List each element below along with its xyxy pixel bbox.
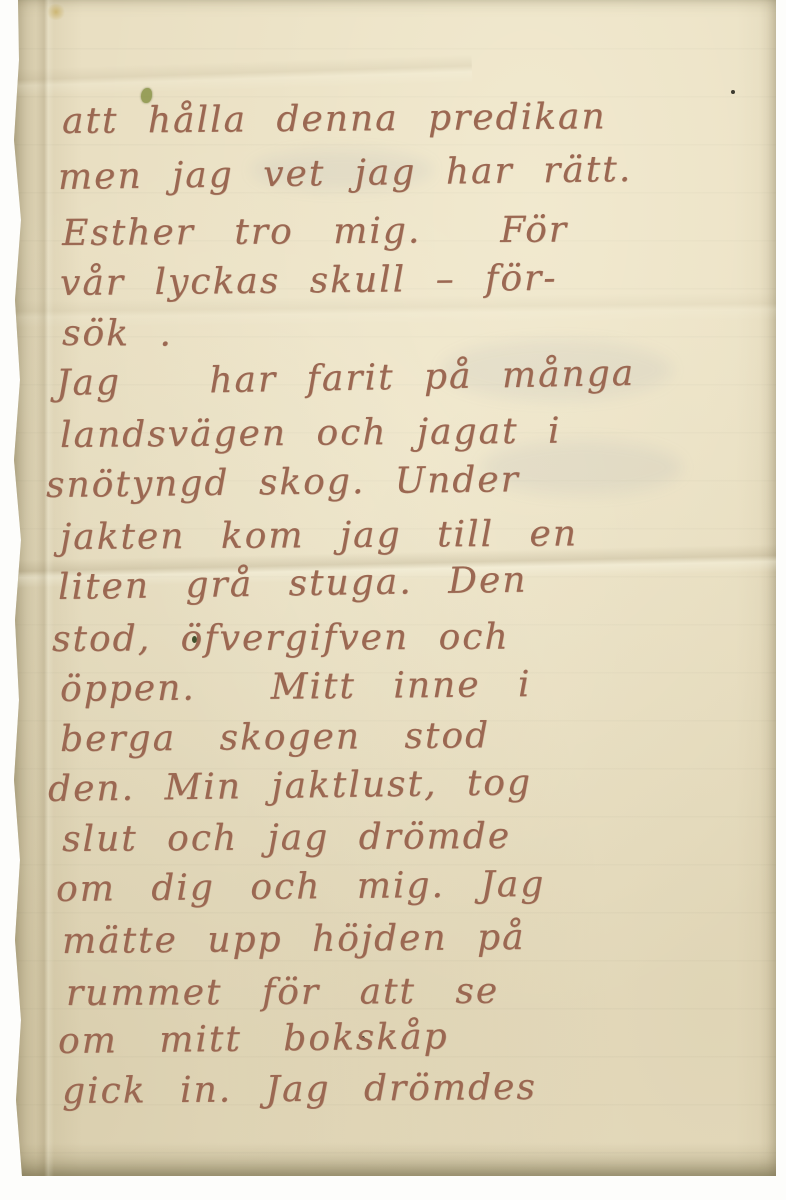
handwriting-line: den. Min jaktlust, tog	[48, 765, 533, 808]
handwriting-line: jakten kom jag till en	[60, 516, 578, 556]
handwriting-line: att hålla denna predikan	[62, 99, 607, 140]
handwriting-line: landsvägen och jagat i	[60, 414, 562, 454]
handwriting-line: snötyngd skog. Under	[46, 462, 520, 504]
handwriting-line: om dig och mig. Jag	[56, 867, 546, 908]
dark-speck	[192, 636, 197, 643]
ink-showthrough	[442, 340, 672, 400]
letter-page: att hålla denna predikan men jag vet jag…	[12, 0, 776, 1176]
stain-green	[141, 88, 152, 103]
handwriting-line: stod, öfvergifven och	[52, 620, 510, 658]
ink-showthrough	[482, 440, 682, 495]
handwriting-line: vår lyckas skull – för-	[60, 261, 558, 302]
fold-crease-horizontal	[12, 543, 776, 588]
fold-crease-vertical	[36, 0, 54, 1176]
handwriting-line: sök .	[62, 316, 173, 353]
dark-speck	[361, 1036, 365, 1041]
ink-showthrough	[252, 150, 432, 190]
fold-crease-horizontal	[12, 54, 472, 97]
handwriting-line: rummet för att se	[66, 974, 499, 1012]
handwriting-line: gick in. Jag drömdes	[62, 1070, 537, 1110]
handwriting-line: men jag vet jag har rätt.	[58, 152, 633, 196]
handwriting-line: liten grå stuga. Den	[58, 563, 528, 606]
handwriting-line: berga skogen stod	[60, 718, 490, 758]
handwriting-line: Esther tro mig. För	[62, 212, 568, 252]
dark-speck	[731, 90, 735, 94]
handwriting-line: mätte upp höjden på	[62, 920, 526, 960]
stain-yellow	[46, 4, 66, 20]
handwriting-line: öppen. Mitt inne i	[60, 667, 532, 708]
handwriting-line: om mitt bokskåp	[58, 1019, 449, 1060]
scanned-letter: att hålla denna predikan men jag vet jag…	[0, 0, 786, 1200]
handwriting-line: Jag har farit på många	[56, 356, 636, 402]
fold-crease-horizontal	[12, 292, 776, 329]
handwriting-line: slut och jag drömde	[62, 819, 511, 858]
